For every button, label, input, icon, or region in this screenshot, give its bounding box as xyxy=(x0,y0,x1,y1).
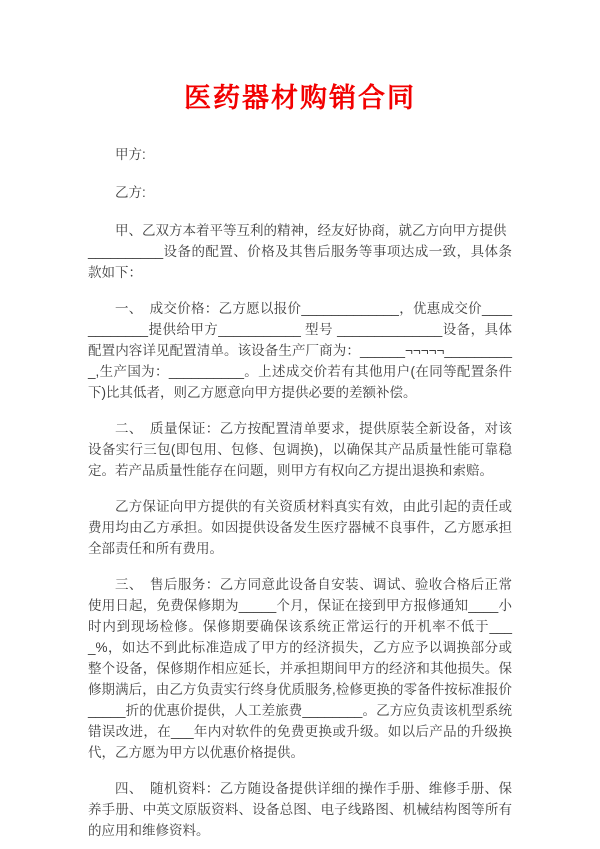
contract-title: 医药器材购销合同 xyxy=(88,82,512,114)
contract-page: 医药器材购销合同 甲方: 乙方: 甲、乙双方本着平等互利的精神，经友好协商，就乙… xyxy=(0,0,600,849)
clause-2-supplement: 乙方保证向甲方提供的有关资质材料真实有效，由此引起的责任或费用均由乙方承担。如因… xyxy=(88,496,512,559)
party-a-line: 甲方: xyxy=(88,144,512,165)
clause-3-after-sales: 三、 售后服务：乙方同意此设备自安装、调试、验收合格后正常使用日起，免费保修期为… xyxy=(88,574,512,763)
intro-paragraph: 甲、乙双方本着平等互利的精神，经友好协商，就乙方向甲方提供 __________… xyxy=(88,220,512,283)
clause-1-price: 一、 成交价格：乙方愿以报价_____________，优惠成交价_______… xyxy=(88,298,512,403)
clause-4-documents: 四、 随机资料：乙方随设备提供详细的操作手册、维修手册、保养手册、中英文原版资料… xyxy=(88,778,512,841)
party-b-line: 乙方: xyxy=(88,182,512,203)
clause-2-quality: 二、 质量保证：乙方按配置清单要求，提供原装全新设备，对该设备实行三包(即包用、… xyxy=(88,418,512,481)
